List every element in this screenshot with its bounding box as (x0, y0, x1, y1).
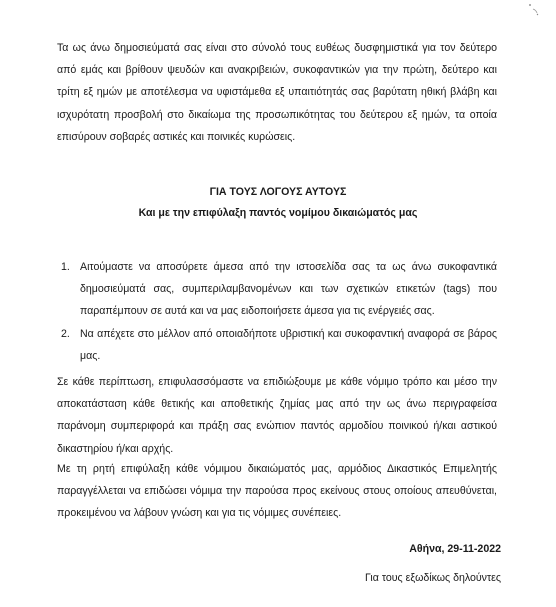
document-page: Τα ως άνω δημοσιεύματά σας είναι στο σύν… (0, 0, 556, 607)
service-paragraph: Με τη ρητή επιφύλαξη κάθε νόμιμου δικαιώ… (57, 458, 497, 525)
intro-paragraph: Τα ως άνω δημοσιεύματά σας είναι στο σύν… (57, 37, 497, 148)
section-heading: ΓΙΑ ΤΟΥΣ ΛΟΓΟΥΣ ΑΥΤΟΥΣ (0, 186, 556, 198)
request-item: 1. Αιτούμαστε να αποσύρετε άμεσα από την… (57, 256, 497, 323)
signature-line: Για τους εξωδίκως δηλούντες (365, 572, 501, 584)
request-number: 1. (61, 256, 70, 278)
request-item: 2. Να απέχετε στο μέλλον από οποιαδήποτε… (57, 323, 497, 367)
request-text: Αιτούμαστε να αποσύρετε άμεσα από την ισ… (80, 261, 497, 317)
request-number: 2. (61, 323, 70, 345)
requests-list: 1. Αιτούμαστε να αποσύρετε άμεσα από την… (57, 256, 497, 367)
reservation-paragraph: Σε κάθε περίπτωση, επιφυλασσόμαστε να επ… (57, 371, 497, 460)
place-date: Αθήνα, 29-11-2022 (409, 543, 501, 555)
scan-artifact-mark (528, 2, 540, 16)
request-text: Να απέχετε στο μέλλον από οποιαδήποτε υβ… (80, 328, 497, 362)
section-subheading: Και με την επιφύλαξη παντός νομίμου δικα… (0, 207, 556, 219)
